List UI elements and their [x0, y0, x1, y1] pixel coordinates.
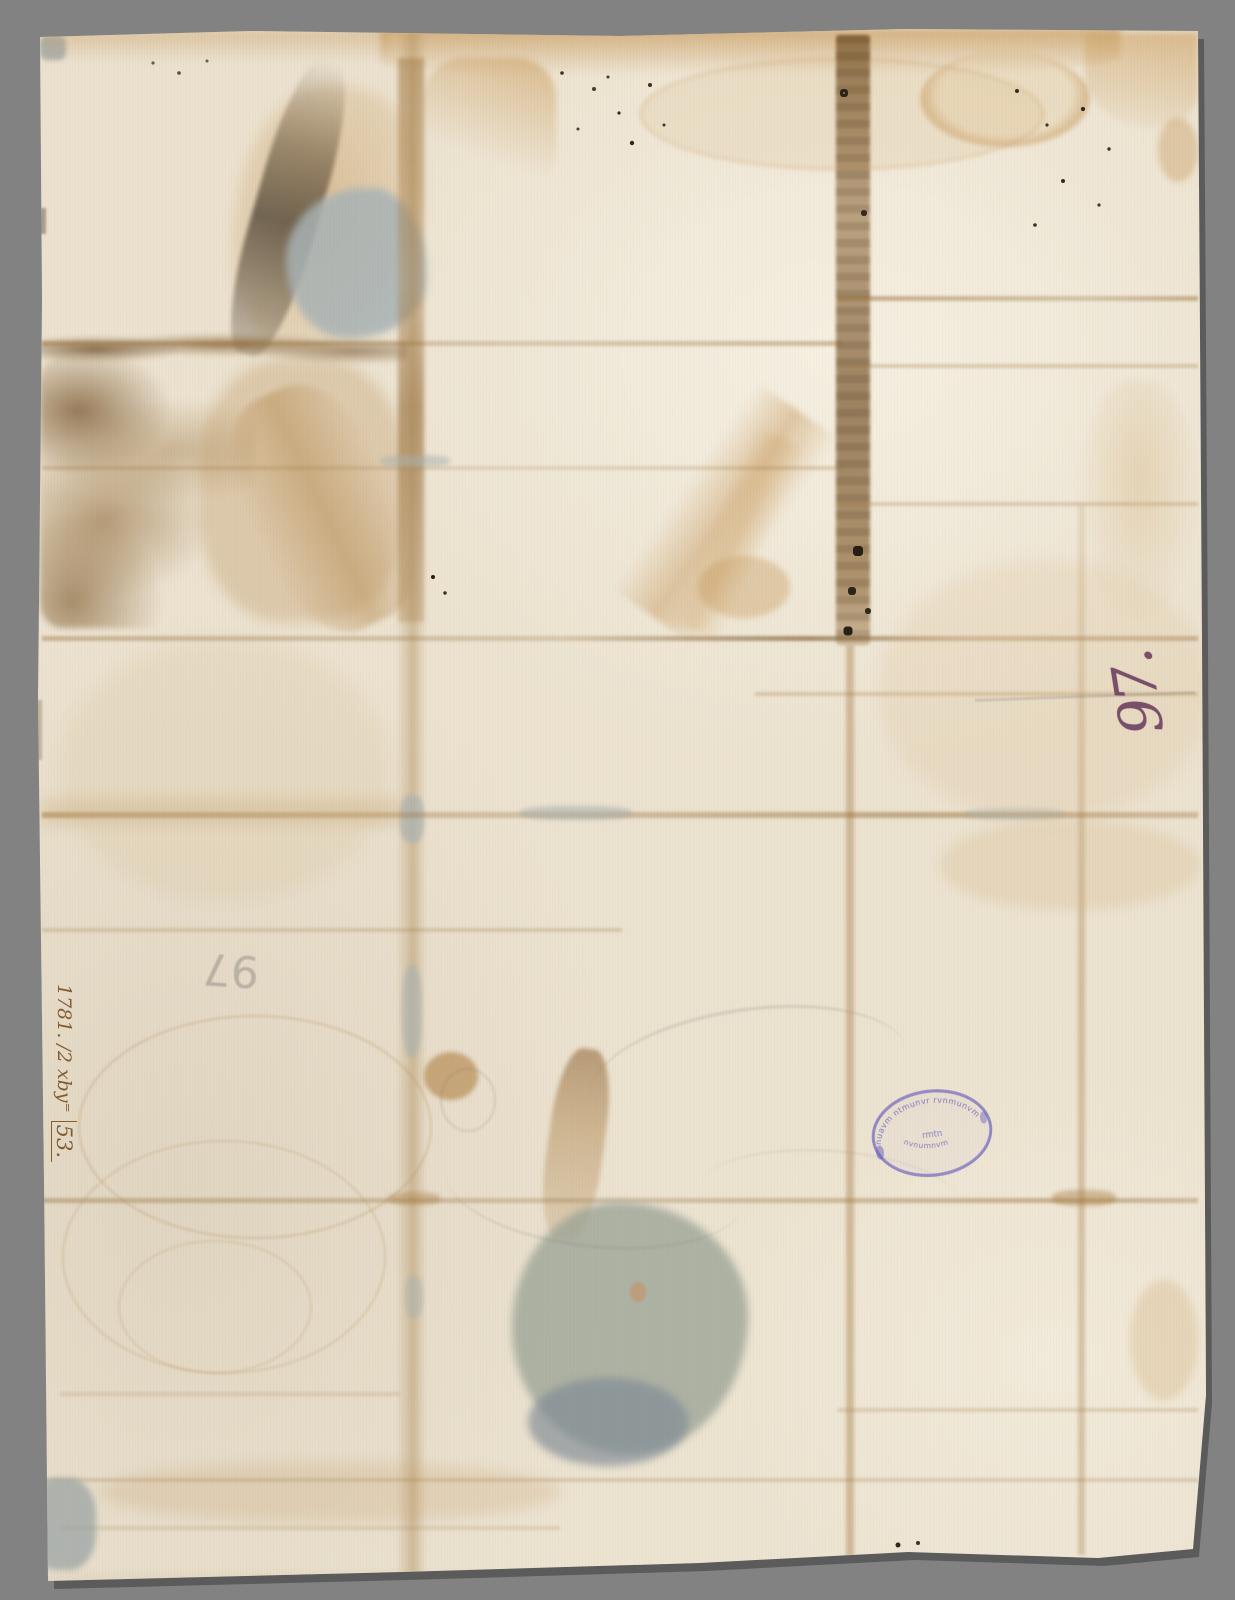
inventory-number-purple: 97.: [1095, 643, 1178, 743]
edge-chip: [34, 700, 42, 760]
ink-speckles: [1012, 84, 1014, 86]
paper-texture: [0, 0, 1235, 1600]
fold-line-horizontal: [42, 928, 622, 932]
fold-line-vertical-left: [396, 33, 426, 1573]
paper-edge-vignette: [0, 0, 1235, 1600]
stain-top-edge-band: [380, 29, 1120, 75]
stain-bottom-blue-blotch: [528, 1378, 688, 1466]
stain-mid-diagonal: [551, 339, 902, 690]
fold-stain-vertical-left: [398, 58, 424, 622]
fold-line-horizontal: [42, 466, 842, 470]
fold-line-horizontal: [838, 1408, 1198, 1412]
edge-chip: [36, 208, 46, 234]
edge-ink-inscription: 1781. /2 xby⁼ 53.: [46, 984, 82, 1184]
inscription-boxed-number: 53.: [51, 1121, 77, 1162]
waterstain-ring-top-center: [640, 58, 1044, 170]
ink-speckles: [428, 572, 430, 574]
stain-mid-lower-blob: [424, 1052, 478, 1100]
fold-gray-patch: [400, 795, 424, 843]
stamp-oval-icon: nuavm ntmunvr rvnmunvm rmtn nvnumnvm: [863, 1079, 1002, 1188]
collection-stamp: nuavm ntmunvr rvnmunvm rmtn nvnumnvm: [863, 1079, 1002, 1188]
stain-right-lower: [1130, 1280, 1198, 1400]
fold-junction-stain: [388, 1192, 440, 1205]
stain-mid-blob: [698, 556, 790, 618]
fold-line-horizontal: [42, 1198, 1198, 1203]
stain-bottom-spot: [630, 1282, 646, 1302]
photo-canvas: 97. 97 1781. /2 xby⁼ 53. nuavm ntmunvr r…: [0, 0, 1235, 1600]
fold-line-vertical-right-lower: [846, 645, 854, 1557]
fold-gray-patch: [405, 1276, 423, 1318]
stain-mid-diagonal-2: [637, 412, 837, 656]
show-through-sketch: [440, 1068, 496, 1132]
stain-mid-top-wedge: [424, 58, 556, 190]
fold-line-horizontal: [838, 502, 1198, 506]
ink-speckles: [555, 68, 557, 70]
stain-left-brown-band: [40, 328, 408, 370]
fold-line-horizontal: [838, 364, 1198, 368]
stain-midleft-wash: [60, 640, 390, 900]
fold-line-horizontal: [42, 636, 1198, 641]
fold-mottling: [836, 35, 870, 645]
fold-gray-patch: [380, 455, 450, 467]
fold-line-horizontal: [60, 1526, 560, 1530]
stain-right-edge-small: [1158, 118, 1198, 182]
stain-top-right-band: [1085, 33, 1198, 128]
fold-gray-patch: [520, 806, 632, 820]
fold-line-vertical-far-right: [1078, 505, 1085, 1555]
stain-top-right-waterblob: [920, 52, 1090, 147]
stain-left-diagonal: [204, 363, 442, 653]
stain-left-tan-wash: [200, 360, 405, 622]
waterstain-ring: [78, 1015, 432, 1239]
fold-gray-patch: [402, 965, 422, 1057]
stain-topleft-dark-streak: [214, 52, 362, 363]
inscription-main: 1781. /2 xby⁼: [53, 984, 75, 1113]
fold-line-horizontal: [42, 1478, 1198, 1482]
fold-line-vertical-right-stained: [836, 35, 870, 645]
stain-left-brown-block: [40, 356, 255, 628]
fold-dark-specks: [843, 92, 845, 94]
stain-bottom-gray-blotch: [512, 1202, 748, 1454]
stain-top-edge-band-left: [42, 31, 392, 61]
stain-bluegray-patch: [286, 188, 426, 338]
fold-line-horizontal: [42, 812, 1198, 818]
stain-corner-gray: [40, 36, 66, 60]
stain-topleft-tan-patch: [213, 71, 442, 371]
fold-line-horizontal: [42, 341, 842, 346]
fold-junction-stain: [1052, 1190, 1116, 1206]
stain-right-wash: [940, 820, 1200, 910]
fold-line-horizontal: [838, 296, 1198, 301]
show-through-sketch: [439, 1110, 750, 1264]
waterstain-ring: [118, 1240, 312, 1374]
inventory-number-pencil: 97: [194, 936, 268, 1005]
stain-topleft-specks: [282, 150, 284, 152]
paper-sheet: 97. 97 1781. /2 xby⁼ 53. nuavm ntmunvr r…: [0, 0, 1235, 1600]
fold-tan-wash: [42, 798, 402, 826]
fold-line-horizontal: [60, 1392, 400, 1396]
stain-bottomleft-gray: [30, 1478, 96, 1570]
stain-mid-lower-streak: [535, 1045, 617, 1243]
stain-bottom-smudge: [100, 1462, 560, 1522]
waterstain-ring: [62, 1140, 386, 1374]
ink-speckles: [148, 56, 150, 58]
fold-gray-patch: [965, 808, 1065, 820]
ink-speckles: [893, 1540, 895, 1542]
stain-right-wash: [1080, 380, 1198, 620]
